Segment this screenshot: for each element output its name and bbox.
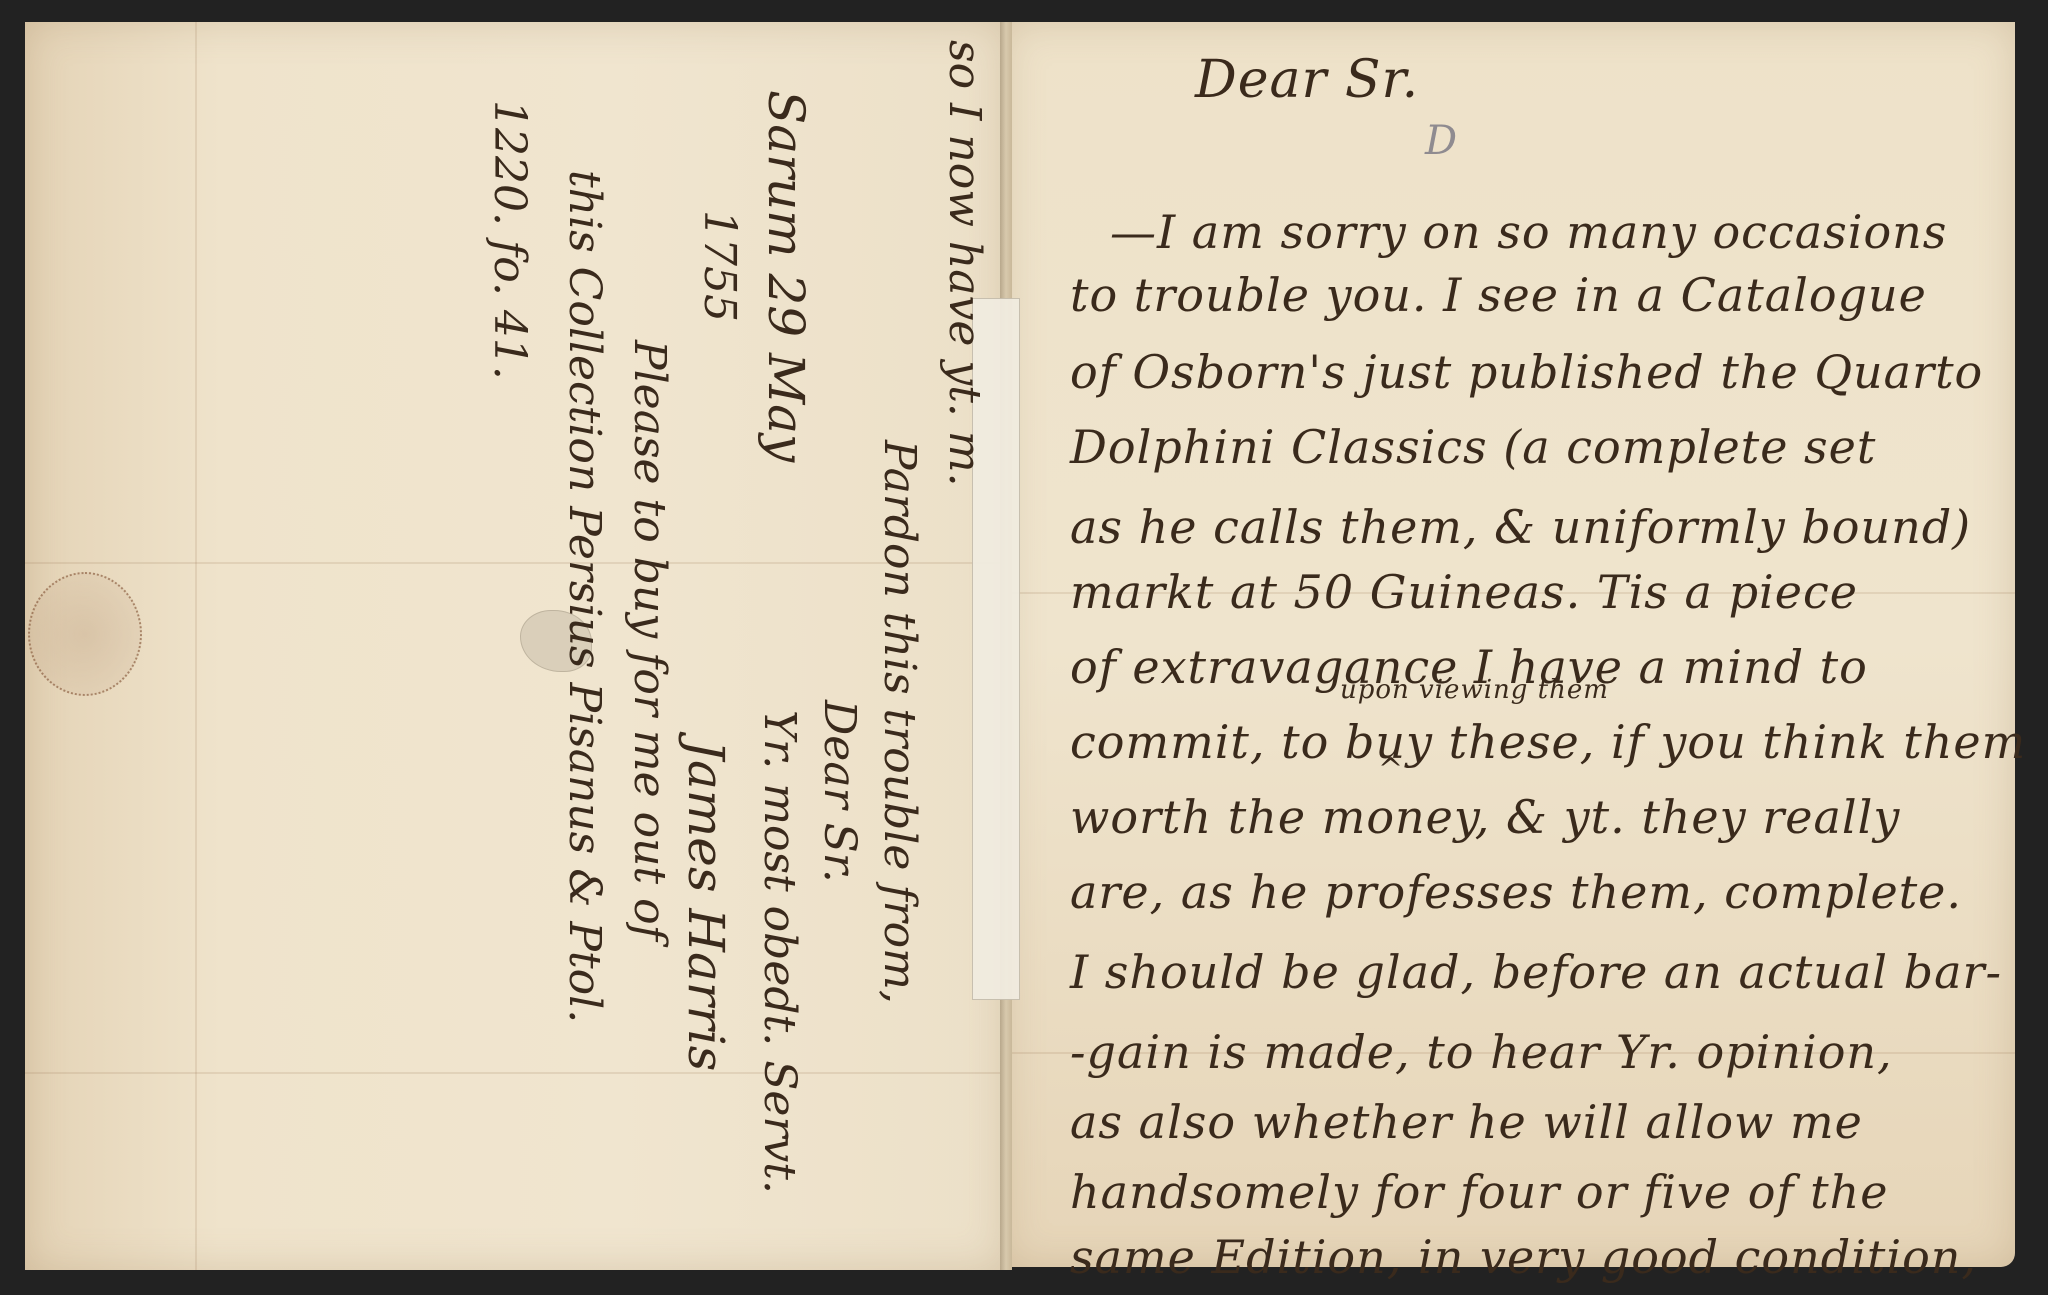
postscript-line: Yr. most obedt. Servt. [754, 710, 805, 1194]
letter-line: commit, to buy these, if you think them [1070, 715, 2026, 769]
letter-line: markt at 50 Guineas. Tis a piece [1070, 565, 1858, 619]
postscript-line: Dear Sr. [814, 700, 865, 883]
postscript-rotated: so I now have yt. m. Pardon this trouble… [410, 40, 1010, 1260]
letter-line: are, as he professes them, complete. [1070, 865, 1962, 919]
letter-line: —I am sorry on so many occasions [1110, 205, 1947, 259]
insertion-caret: ^ [1378, 752, 1404, 787]
letter-line: handsomely for four or five of the [1070, 1165, 1888, 1219]
letter-line: same Edition, in very good condition, [1070, 1230, 1977, 1284]
letter-line: to trouble you. I see in a Catalogue [1070, 268, 1927, 322]
fold-crease [195, 22, 197, 1270]
letter-line: as he calls them, & uniformly bound) [1070, 500, 1971, 554]
salutation: Dear Sr. [1195, 50, 1419, 110]
postscript-line: this Collection Persius Pisanus & Ptol. [559, 170, 610, 1023]
place-date: Sarum 29 May [757, 90, 815, 462]
letter-line: Dolphini Classics (a complete set [1070, 420, 1876, 474]
year: 1755 [694, 210, 745, 322]
pencil-mark: D [1425, 118, 1457, 164]
letter-line: of Osborn's just published the Quarto [1070, 345, 1983, 399]
postscript-line: Please to buy for me out of [624, 340, 675, 941]
letter-line: -gain is made, to hear Yr. opinion, [1070, 1025, 1893, 1079]
postscript-line: Pardon this trouble from, [874, 440, 925, 1004]
signature: James Harris [677, 740, 735, 1071]
interlinear-insertion: upon viewing them [1340, 675, 1609, 705]
shelf-reference: 1220. fo. 41. [484, 100, 535, 380]
wax-seal-stain [28, 572, 142, 696]
letter-line: I should be glad, before an actual bar- [1070, 945, 2002, 999]
letter-line: as also whether he will allow me [1070, 1095, 1863, 1149]
postscript-line: so I now have yt. m. [939, 40, 990, 487]
letter-line: worth the money, & yt. they really [1070, 790, 1900, 844]
